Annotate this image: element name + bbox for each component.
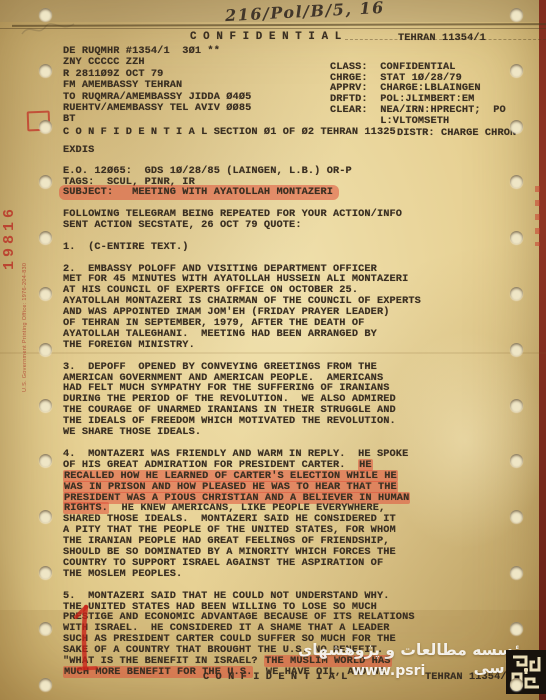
- red-pen-mark: [66, 602, 108, 676]
- serial-number-stamp: 19816: [1, 158, 18, 270]
- sprocket-hole: [39, 510, 52, 523]
- edge-red-marks: [535, 186, 540, 246]
- admin-line: CLEAR: NEA/IRN:HPRECHT; PO: [330, 105, 506, 116]
- sprocket-hole: [510, 510, 523, 523]
- sprocket-hole: [510, 287, 523, 300]
- exdis-caption: EXDIS: [63, 144, 94, 156]
- paragraph-text: 1. (C-ENTIRE TEXT.): [63, 241, 189, 253]
- paragraph-text: 4. MONTAZERI WAS FRIENDLY AND WARM IN RE…: [63, 448, 408, 471]
- sprocket-hole: [510, 8, 523, 21]
- subject-highlight: SUBJECT: MEETING WITH AYATOLLAH MONTAZER…: [59, 185, 339, 200]
- sprocket-hole: [39, 622, 52, 635]
- document-number-header: TEHRAN 11354/1: [398, 32, 486, 44]
- telegram-paragraph: 3. DEPOFF OPENED BY CONVEYING GREETINGS …: [63, 362, 508, 438]
- sprocket-hole: [510, 64, 523, 77]
- perforation-line: [0, 28, 546, 29]
- distribution-line: DISTR: CHARGE CHRON: [397, 127, 516, 139]
- telegram-paragraph: 4. MONTAZERI WAS FRIENDLY AND WARM IN RE…: [63, 449, 508, 580]
- sprocket-hole: [39, 175, 52, 188]
- section-classification-line: C O N F I D E N T I A L SECTION Ø1 OF Ø2…: [63, 126, 396, 138]
- sprocket-hole: [39, 64, 52, 77]
- sprocket-hole: [510, 231, 523, 244]
- sprocket-hole: [39, 399, 52, 412]
- printing-office-note: U.S. Government Printing Office: 1976-20…: [22, 212, 28, 392]
- telegram-paragraph: FOLLOWING TELEGRAM BEING REPEATED FOR YO…: [63, 209, 508, 231]
- perforation-line: [12, 23, 546, 27]
- handwritten-note: 216/Pol/B/5, 16: [225, 0, 386, 25]
- sprocket-hole: [510, 678, 523, 691]
- admin-block: CLASS: CONFIDENTIALCHRGE: STAT 1Ø/28/79A…: [330, 62, 506, 126]
- sprocket-hole: [510, 566, 523, 579]
- telegram-document: 216/Pol/B/5, 16 C O N F I D E N T I A L …: [0, 0, 546, 700]
- classification-header: C O N F I D E N T I A L: [190, 31, 341, 43]
- routing-line: BT: [63, 114, 251, 125]
- routing-line: RUEHTV/AMEMBASSY TEL AVIV ØØ85: [63, 103, 251, 114]
- sprocket-hole: [510, 120, 523, 133]
- sprocket-hole: [510, 399, 523, 412]
- sprocket-hole: [39, 343, 52, 356]
- paragraph-text: 3. DEPOFF OPENED BY CONVEYING GREETINGS …: [63, 361, 396, 438]
- sprocket-hole: [510, 175, 523, 188]
- sprocket-hole: [39, 287, 52, 300]
- sprocket-hole: [510, 622, 523, 635]
- sprocket-hole: [510, 343, 523, 356]
- sprocket-hole: [39, 8, 52, 21]
- sprocket-hole: [39, 120, 52, 133]
- routing-line: FM AMEMBASSY TEHRAN: [63, 80, 251, 91]
- sprocket-hole: [39, 454, 52, 467]
- scan-edge-strip: [539, 0, 546, 700]
- telegram-paragraph: 2. EMBASSY POLOFF AND VISITING DEPARTMEN…: [63, 264, 508, 351]
- subject-line: SUBJECT: MEETING WITH AYATOLLAH MONTAZER…: [59, 186, 339, 198]
- routing-block: DE RUQMHR #1354/1 3Ø1 **ZNY CCCCC ZZHR 2…: [63, 46, 251, 126]
- paragraph-text: HE KNEW AMERICANS, LIKE PEOPLE EVERYWHER…: [63, 502, 396, 579]
- sprocket-hole: [39, 678, 52, 691]
- watermark-url: www.psri: [352, 663, 425, 679]
- paragraph-text: FOLLOWING TELEGRAM BEING REPEATED FOR YO…: [63, 208, 402, 231]
- sprocket-hole: [510, 454, 523, 467]
- paragraph-text: 2. EMBASSY POLOFF AND VISITING DEPARTMEN…: [63, 263, 421, 351]
- sprocket-hole: [39, 231, 52, 244]
- telegram-body: FOLLOWING TELEGRAM BEING REPEATED FOR YO…: [63, 209, 508, 678]
- sprocket-hole: [39, 566, 52, 579]
- telegram-paragraph: 1. (C-ENTIRE TEXT.): [63, 242, 508, 253]
- admin-line: L:VLTOMSETH: [330, 116, 506, 127]
